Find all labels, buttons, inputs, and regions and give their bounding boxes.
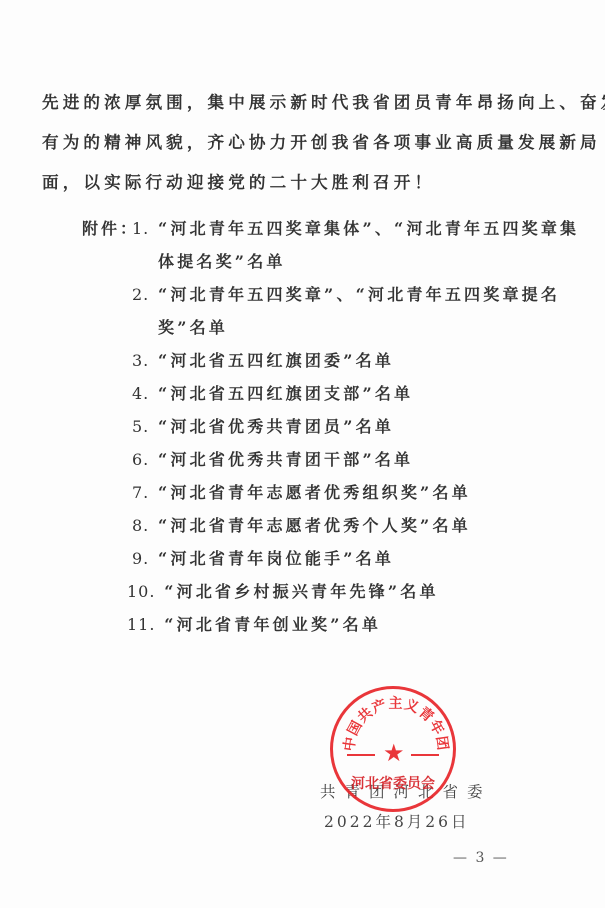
attachment-number: 5.	[132, 417, 149, 436]
attachment-text: “河北省青年志愿者优秀个人奖”名单	[158, 516, 471, 535]
attachment-text: “河北青年五四奖章”、“河北青年五四奖章提名	[158, 285, 560, 304]
official-seal: 中国共产主义青年团 ★ 河北省委员会	[330, 686, 456, 812]
attachment-text: “河北省优秀共青团干部”名单	[158, 450, 413, 469]
attachment-number: 8.	[132, 516, 149, 535]
attachment-text: “河北省青年志愿者优秀组织奖”名单	[158, 483, 471, 502]
attachment-text: “河北省五四红旗团委”名单	[158, 351, 394, 370]
attachment-item-1-cont: 体提名奖”名单	[158, 249, 286, 272]
attachment-item-6: 6. “河北省优秀共青团干部”名单	[132, 447, 413, 470]
attachment-text: “河北省青年岗位能手”名单	[158, 549, 394, 568]
body-line-1: 先进的浓厚氛围，集中展示新时代我省团员青年昂扬向上、奋发	[42, 89, 605, 113]
attachment-text: “河北省乡村振兴青年先锋”名单	[164, 582, 438, 601]
attachment-number: 11.	[127, 615, 155, 634]
attachment-number: 1.	[132, 219, 149, 238]
attachment-item-2: 2. “河北青年五四奖章”、“河北青年五四奖章提名	[132, 282, 560, 305]
document-page: 先进的浓厚氛围，集中展示新时代我省团员青年昂扬向上、奋发 有为的精神风貌，齐心协…	[0, 0, 605, 908]
attachment-item-9: 9. “河北省青年岗位能手”名单	[132, 546, 394, 569]
attachment-item-7: 7. “河北省青年志愿者优秀组织奖”名单	[132, 480, 471, 503]
star-icon: ★	[383, 741, 405, 765]
attachment-item-1: 1. “河北青年五四奖章集体”、“河北青年五四奖章集	[132, 216, 579, 239]
attachment-number: 9.	[132, 549, 149, 568]
attachment-number: 10.	[127, 582, 155, 601]
attachment-item-11: 11. “河北省青年创业奖”名单	[127, 612, 381, 635]
attachment-text: “河北省优秀共青团员”名单	[158, 417, 394, 436]
attachment-number: 2.	[132, 285, 149, 304]
attachment-number: 3.	[132, 351, 149, 370]
seal-bar-right	[411, 754, 439, 756]
attachment-number: 7.	[132, 483, 149, 502]
attachment-text: “河北省青年创业奖”名单	[164, 615, 381, 634]
attachment-number: 4.	[132, 384, 149, 403]
attachments-label: 附件：	[82, 216, 139, 239]
body-line-3: 面，以实际行动迎接党的二十大胜利召开！	[42, 169, 435, 193]
body-line-2: 有为的精神风貌，齐心协力开创我省各项事业高质量发展新局	[42, 129, 601, 153]
attachment-item-4: 4. “河北省五四红旗团支部”名单	[132, 381, 413, 404]
attachment-item-5: 5. “河北省优秀共青团员”名单	[132, 414, 394, 437]
seal-bottom-text: 河北省委员会	[347, 773, 439, 793]
attachment-item-3: 3. “河北省五四红旗团委”名单	[132, 348, 394, 371]
seal-bar-left	[347, 754, 375, 756]
attachment-item-2-cont: 奖”名单	[158, 315, 228, 338]
attachment-text: “河北青年五四奖章集体”、“河北青年五四奖章集	[158, 219, 579, 238]
attachment-item-8: 8. “河北省青年志愿者优秀个人奖”名单	[132, 513, 471, 536]
attachment-number: 6.	[132, 450, 149, 469]
attachment-item-10: 10. “河北省乡村振兴青年先锋”名单	[127, 579, 439, 602]
page-number: — 3 —	[453, 850, 509, 866]
attachment-text: “河北省五四红旗团支部”名单	[158, 384, 413, 403]
